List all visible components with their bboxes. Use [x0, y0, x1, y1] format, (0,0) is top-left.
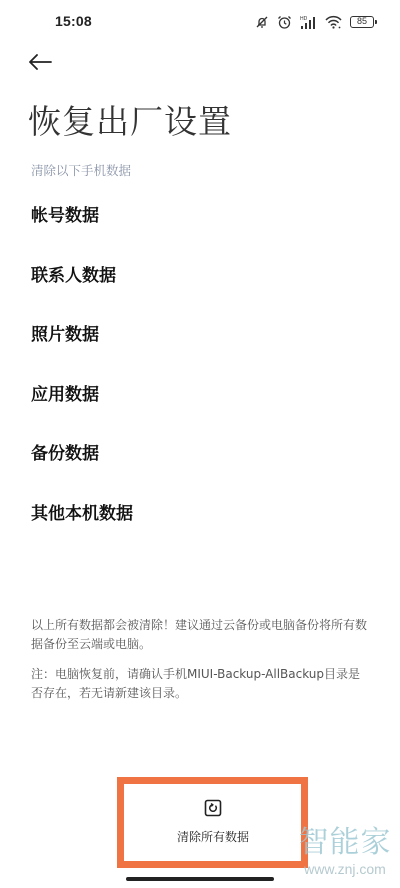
- arrow-left-icon: [28, 54, 52, 74]
- clear-all-data-label: 清除所有数据: [177, 828, 249, 845]
- section-label: 清除以下手机数据: [31, 161, 131, 179]
- wifi-icon: [325, 15, 342, 29]
- list-item-other-local-data: 其他本机数据: [31, 494, 133, 554]
- clear-all-data-button[interactable]: 清除所有数据: [125, 784, 301, 860]
- hd-signal-icon: HD: [300, 15, 317, 30]
- home-indicator[interactable]: [126, 877, 274, 881]
- reset-icon: [204, 799, 222, 821]
- status-bar: 15:08 HD 85: [0, 0, 400, 44]
- list-item-app-data: 应用数据: [31, 375, 133, 435]
- status-icons: HD 85: [255, 14, 374, 30]
- watermark-logo-text: 智能家: [290, 826, 400, 860]
- warning-notice: 以上所有数据都会被清除！建议通过云备份或电脑备份将所有数据备份至云端或电脑。: [31, 616, 371, 654]
- list-item-backup-data: 备份数据: [31, 434, 133, 494]
- page-title: 恢复出厂设置: [28, 96, 232, 143]
- list-item-photo-data: 照片数据: [31, 315, 133, 375]
- notifications-muted-icon: [255, 15, 269, 29]
- list-item-account-data: 帐号数据: [31, 196, 133, 256]
- watermark: 智能家 www.znj.com: [290, 826, 400, 878]
- svg-text:HD: HD: [300, 16, 308, 22]
- battery-icon: 85: [350, 16, 374, 28]
- watermark-url: www.znj.com: [290, 860, 400, 878]
- data-list: 帐号数据 联系人数据 照片数据 应用数据 备份数据 其他本机数据: [31, 196, 133, 553]
- alarm-icon: [277, 15, 292, 30]
- list-item-contacts-data: 联系人数据: [31, 256, 133, 316]
- status-time: 15:08: [55, 13, 92, 29]
- backup-note: 注：电脑恢复前，请确认手机MIUI-Backup-AllBackup目录是否存在…: [31, 665, 371, 703]
- back-button[interactable]: [28, 50, 60, 78]
